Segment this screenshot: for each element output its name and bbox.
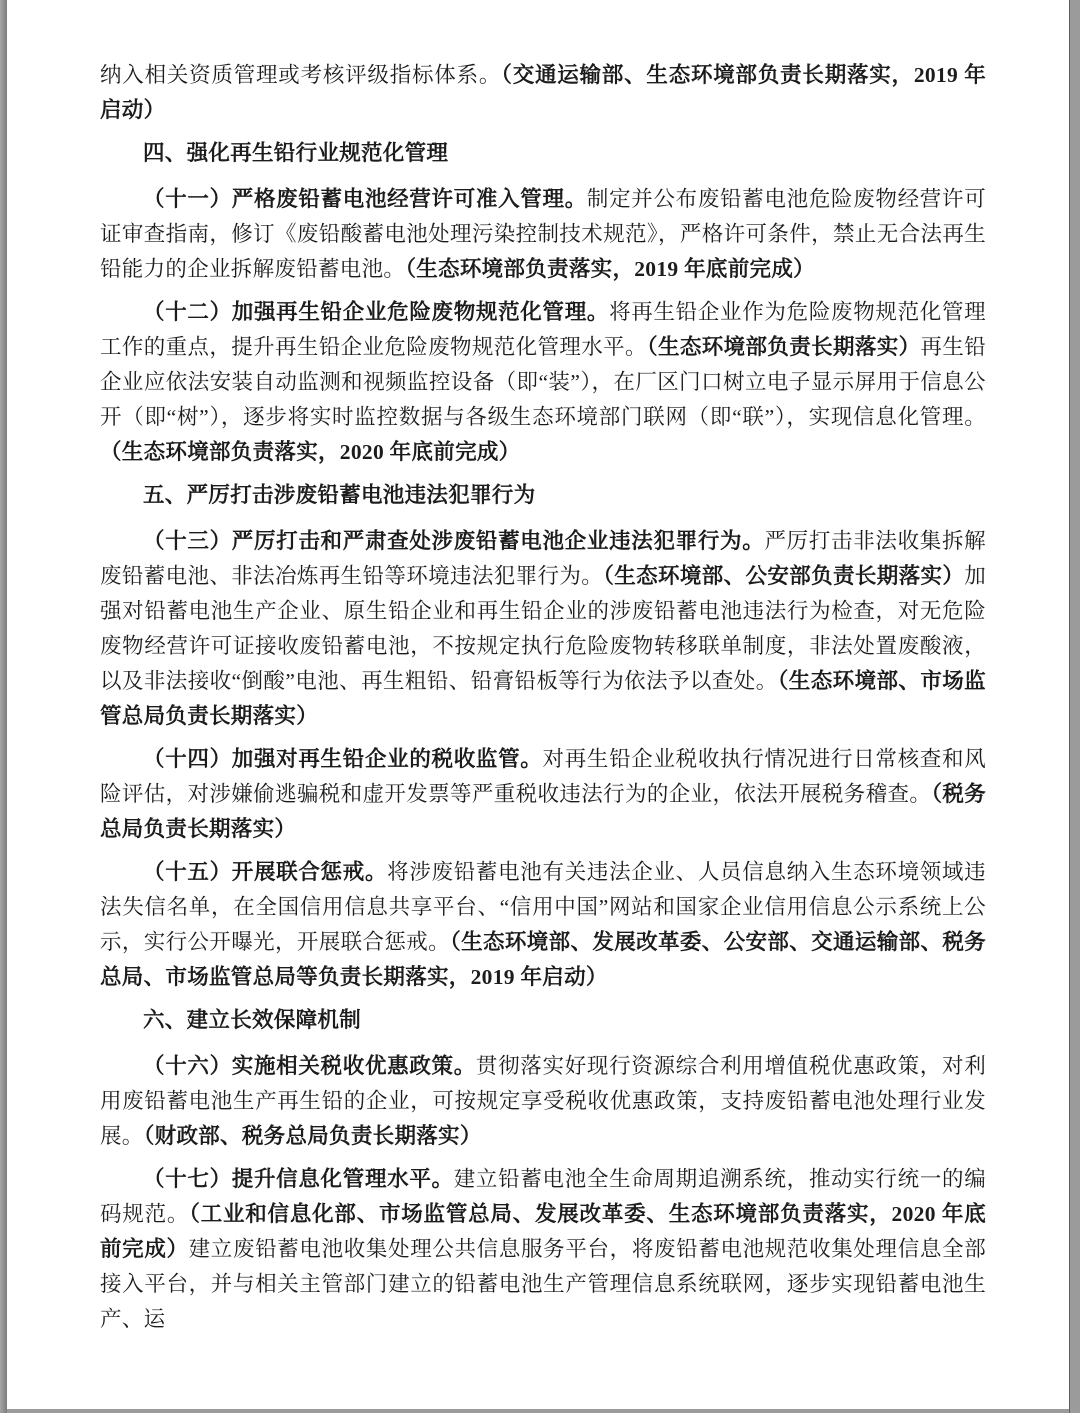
bold-text-run: （十七）提升信息化管理水平。	[143, 1167, 454, 1191]
text-run: 纳入相关资质管理或考核评级指标体系。	[100, 63, 501, 87]
bold-text-run: （生态环境部负责长期落实）	[647, 335, 921, 359]
paragraph: （十六）实施相关税收优惠政策。贯彻落实好现行资源综合利用增值税优惠政策，对利用废…	[100, 1049, 986, 1154]
document-page: 纳入相关资质管理或考核评级指标体系。（交通运输部、生态环境部负责长期落实，201…	[0, 0, 1080, 1413]
page-right-edge	[1069, 0, 1080, 1413]
section-heading: 五、严厉打击涉废铅蓄电池违法犯罪行为	[100, 478, 986, 513]
paragraph: （十四）加强对再生铅企业的税收监管。对再生铅企业税收执行情况进行日常核查和风险评…	[100, 742, 986, 847]
bold-text-run: （生态环境部、公安部负责长期落实）	[603, 564, 964, 588]
paragraph: （十三）严厉打击和严肃查处涉废铅蓄电池企业违法犯罪行为。严厉打击非法收集拆解废铅…	[100, 524, 986, 734]
bold-text-run: （十二）加强再生铅企业危险废物规范化管理。	[143, 300, 609, 324]
section-heading: 六、建立长效保障机制	[100, 1003, 986, 1038]
page-bottom-edge	[7, 1409, 1069, 1413]
paragraph: 纳入相关资质管理或考核评级指标体系。（交通运输部、生态环境部负责长期落实，201…	[100, 58, 986, 128]
text-run: 建立废铅蓄电池收集处理公共信息服务平台，将废铅蓄电池规范收集处理信息全部接入平台…	[100, 1237, 986, 1331]
paragraph: （十二）加强再生铅企业危险废物规范化管理。将再生铅企业作为危险废物规范化管理工作…	[100, 295, 986, 470]
bold-text-run: 四、强化再生铅行业规范化管理	[143, 141, 448, 165]
bold-text-run: （生态环境部负责落实，2020 年底前完成）	[100, 440, 520, 464]
bold-text-run: （十五）开展联合惩戒。	[143, 860, 387, 884]
bold-text-run: （十六）实施相关税收优惠政策。	[143, 1054, 476, 1078]
page-left-edge	[0, 0, 7, 1413]
section-heading: 四、强化再生铅行业规范化管理	[100, 136, 986, 171]
paragraph: （十五）开展联合惩戒。将涉废铅蓄电池有关违法企业、人员信息纳入生态环境领域违法失…	[100, 855, 986, 995]
bold-text-run: 六、建立长效保障机制	[143, 1008, 361, 1032]
bold-text-run: （十四）加强对再生铅企业的税收监管。	[143, 747, 543, 771]
bold-text-run: （生态环境部负责落实，2019 年底前完成）	[405, 257, 815, 281]
bold-text-run: （十一）严格废铅蓄电池经营许可准入管理。	[143, 187, 587, 211]
paragraph: （十七）提升信息化管理水平。建立铅蓄电池全生命周期追溯系统，推动实行统一的编码规…	[100, 1162, 986, 1337]
document-body: 纳入相关资质管理或考核评级指标体系。（交通运输部、生态环境部负责长期落实，201…	[100, 58, 986, 1345]
bold-text-run: （十三）严厉打击和严肃查处涉废铅蓄电池企业违法犯罪行为。	[143, 529, 764, 553]
bold-text-run: 五、严厉打击涉废铅蓄电池违法犯罪行为	[143, 483, 535, 507]
paragraph: （十一）严格废铅蓄电池经营许可准入管理。制定并公布废铅蓄电池危险废物经营许可证审…	[100, 182, 986, 287]
bold-text-run: （财政部、税务总局负责长期落实）	[144, 1124, 482, 1148]
